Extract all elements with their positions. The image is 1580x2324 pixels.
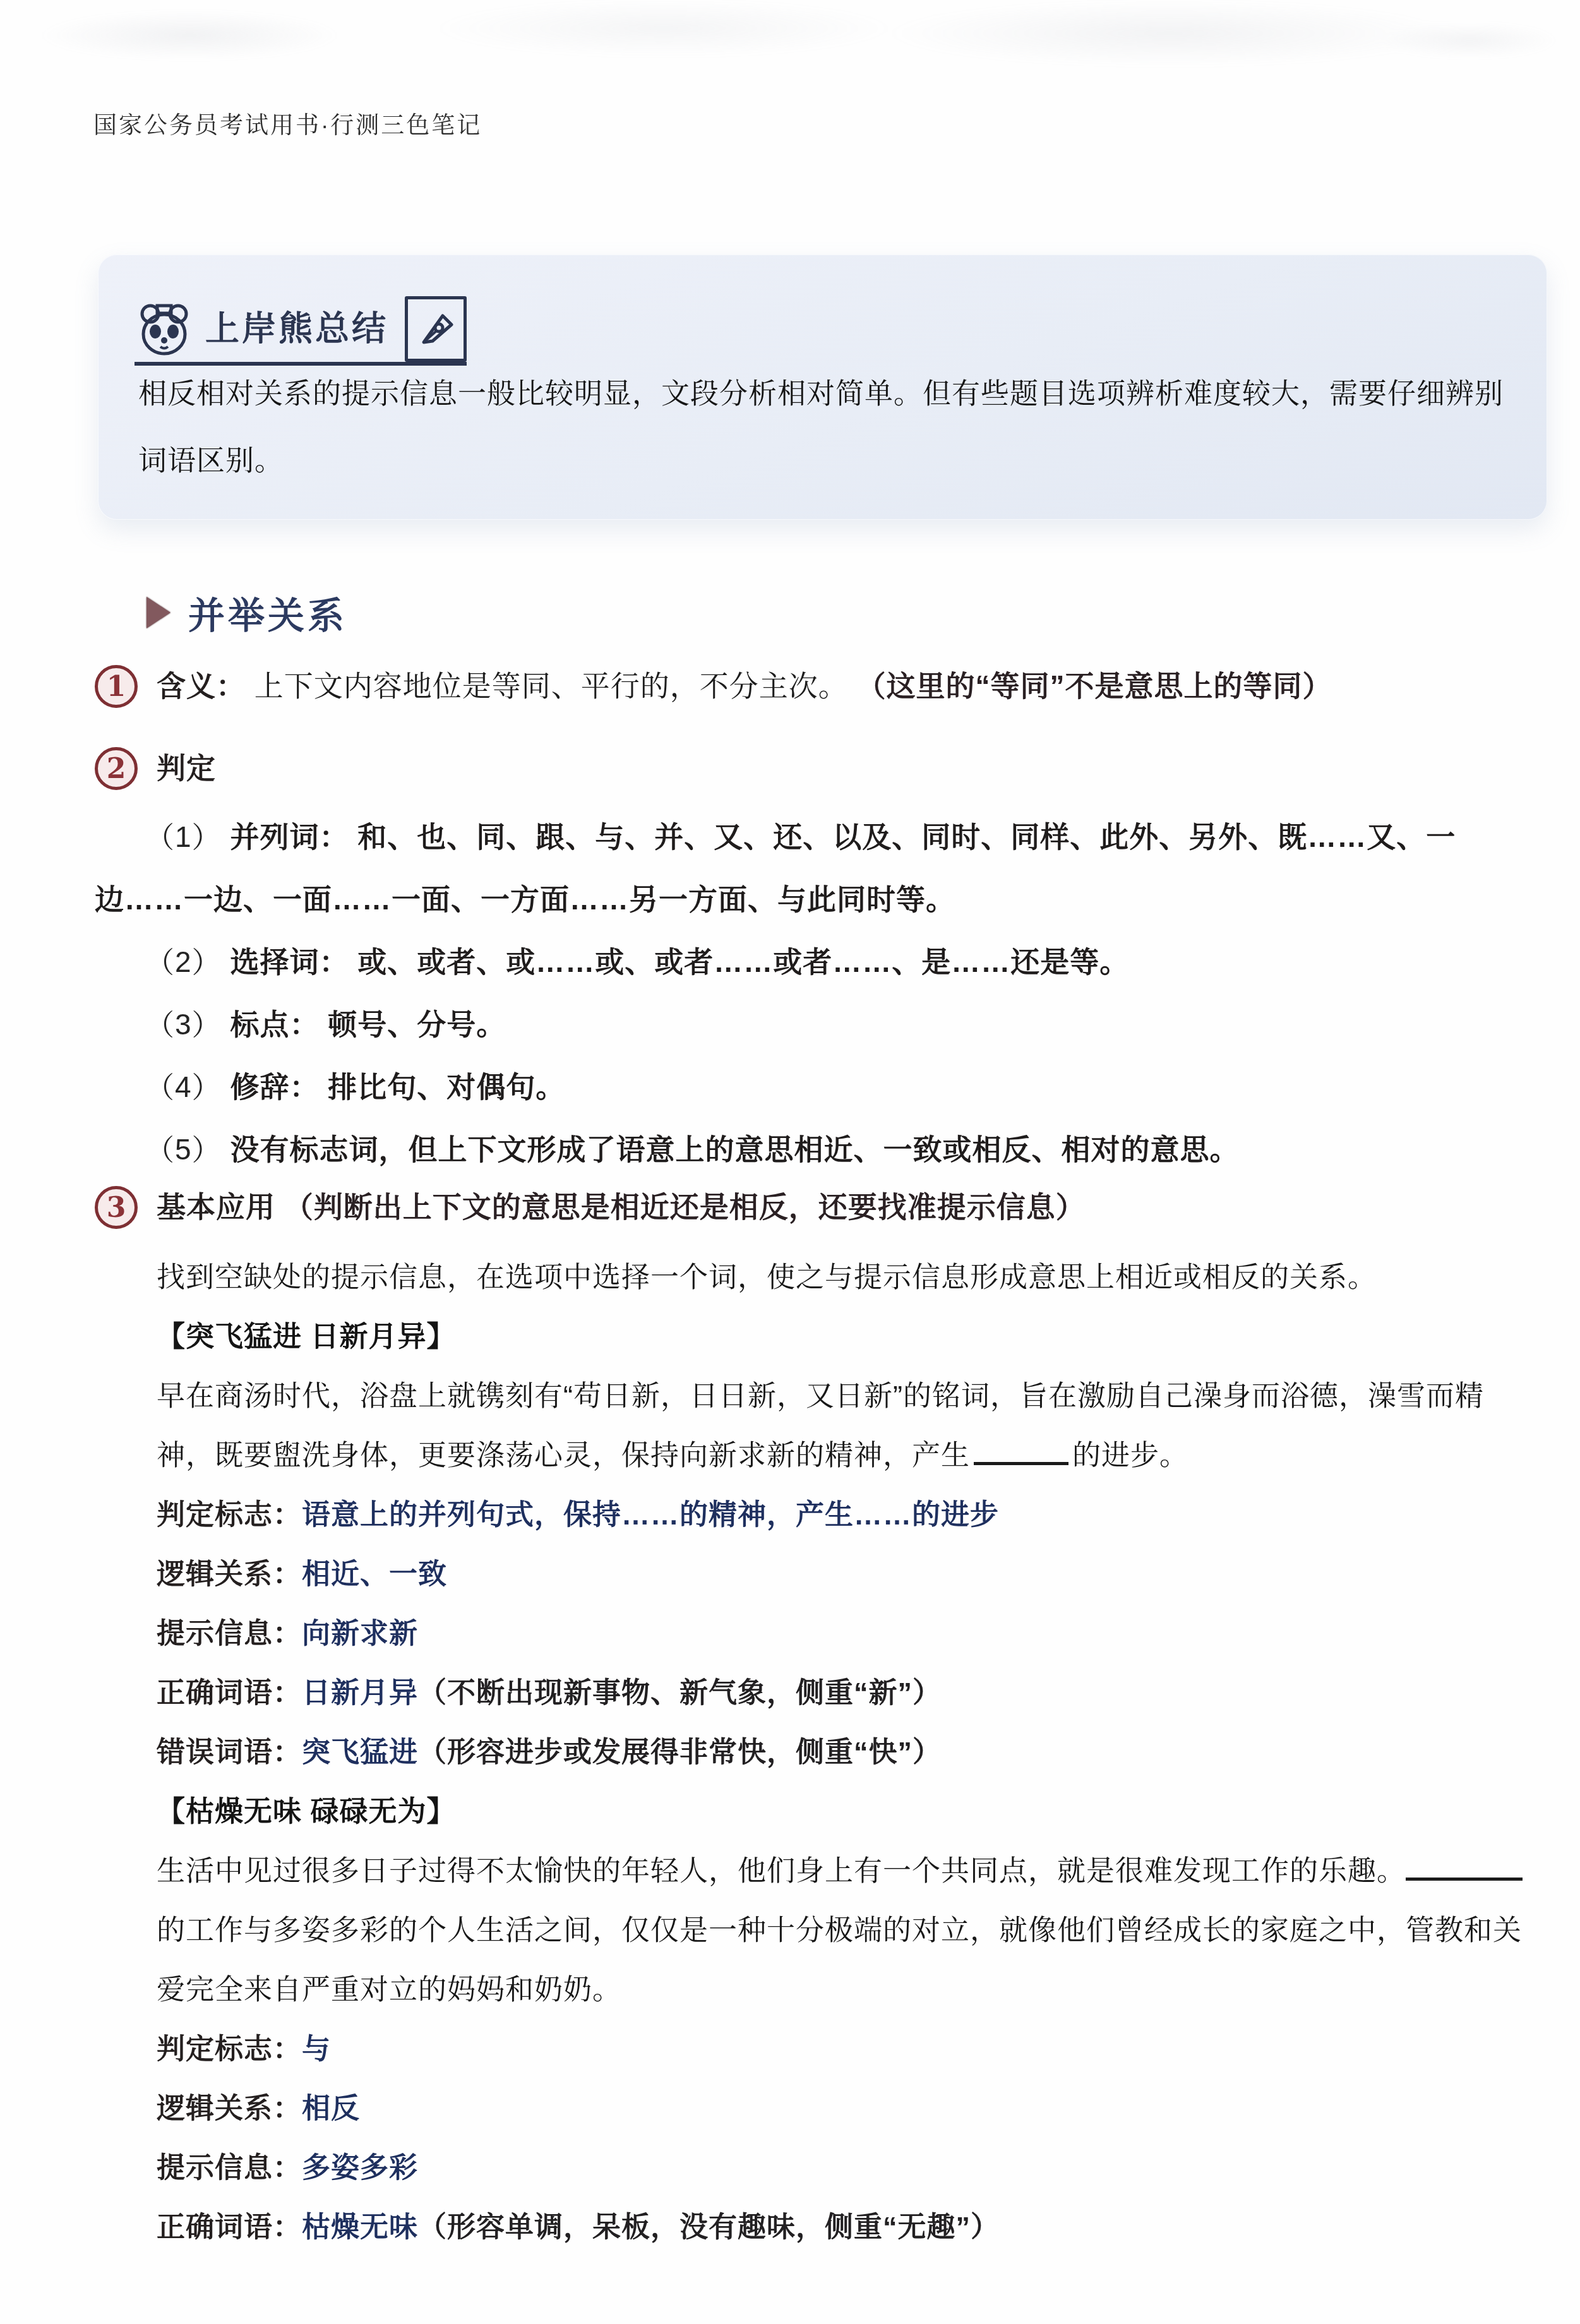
example2-row-3: 提示信息：多姿多彩 bbox=[157, 2138, 1527, 2198]
summary-box-title: 上岸熊总结 bbox=[205, 302, 388, 350]
item3-note: （判断出上下文的意思是相近还是相反，还要找准提示信息） bbox=[284, 1190, 1086, 1223]
sublist-item-2-prefix: （2） bbox=[145, 945, 222, 978]
example2-passage-after: 的工作与多姿多彩的个人生活之间，仅仅是一种十分极端的对立，就像他们曾经成长的家庭… bbox=[157, 1914, 1522, 2006]
row-label: 正确词语： bbox=[157, 1677, 302, 1709]
sublist-item-4-text: 排比句、对偶句。 bbox=[328, 1070, 565, 1103]
example1-passage-after: 的进步。 bbox=[1072, 1439, 1188, 1471]
section-title-text: 并举关系 bbox=[188, 586, 347, 639]
example1-header: 【突飞猛进 日新月异】 bbox=[157, 1307, 1527, 1367]
triangle-marker-icon bbox=[147, 597, 171, 628]
row-label: 逻辑关系： bbox=[157, 1558, 302, 1590]
example1-row-5: 错误词语：突飞猛进（形容进步或发展得非常快，侧重“快”） bbox=[157, 1723, 1527, 1782]
item-judgment: 2 判定 bbox=[95, 747, 216, 790]
page-header-title: 国家公务员考试用书·行测三色笔记 bbox=[93, 106, 482, 140]
row-label: 正确词语： bbox=[157, 2211, 302, 2243]
item2-text: 判定 bbox=[157, 747, 216, 789]
sublist-item-5-text: 没有标志词，但上下文形成了语意上的意思相近、一致或相反、相对的意思。 bbox=[230, 1133, 1239, 1166]
row-label: 错误词语： bbox=[157, 1736, 302, 1768]
example2-row-1: 判定标志：与 bbox=[157, 2020, 1527, 2079]
row-value: 语意上的并列句式，保持……的精神，产生……的进步 bbox=[302, 1499, 999, 1531]
example2-header: 【枯燥无味 碌碌无为】 bbox=[157, 1782, 1527, 1842]
row-value: 与 bbox=[302, 2033, 331, 2065]
example2-passage-before: 生活中见过很多日子过得不太愉快的年轻人，他们身上有一个共同点，就是很难发现工作的… bbox=[157, 1855, 1406, 1887]
row-value: 枯燥无味 bbox=[302, 2211, 418, 2243]
example1-row-1: 判定标志：语意上的并列句式，保持……的精神，产生……的进步 bbox=[157, 1485, 1527, 1545]
sublist-item-5-prefix: （5） bbox=[145, 1133, 222, 1166]
sublist-item-3-prefix: （3） bbox=[145, 1008, 222, 1041]
row-value: 多姿多彩 bbox=[302, 2152, 418, 2184]
row-label: 提示信息： bbox=[157, 2152, 302, 2184]
item-definition: 1 含义： 上下文内容地位是等同、平行的，不分主次。 （这里的“等同”不是意思上… bbox=[95, 665, 1553, 708]
judgment-sublist: （1） 并列词： 和、也、同、跟、与、并、又、还、以及、同时、同样、此外、另外、… bbox=[95, 806, 1535, 1181]
item1-label: 含义： bbox=[157, 669, 246, 702]
item1-note: （这里的“等同”不是意思上的等同） bbox=[857, 669, 1332, 702]
row-note: （形容单调，呆板，没有趣味，侧重“无趣”） bbox=[418, 2211, 1000, 2243]
row-value: 突飞猛进 bbox=[302, 1736, 418, 1768]
row-value: 相反 bbox=[302, 2092, 360, 2124]
example2-row-4: 正确词语：枯燥无味（形容单调，呆板，没有趣味，侧重“无趣”） bbox=[157, 2198, 1527, 2257]
circled-number-1: 1 bbox=[95, 665, 138, 708]
item1-body: 上下文内容地位是等同、平行的，不分主次。 bbox=[254, 669, 848, 702]
example1-passage-before: 早在商汤时代，浴盘上就镌刻有“苟日新，日日新，又日新”的铭词，旨在激励自己澡身而… bbox=[157, 1380, 1484, 1471]
sublist-item-1-label: 并列词： bbox=[230, 820, 349, 853]
bear-icon bbox=[135, 299, 194, 359]
circled-number-2: 2 bbox=[95, 747, 138, 790]
application-intro: 找到空缺处的提示信息，在选项中选择一个词，使之与提示信息形成意思上相近或相反的关… bbox=[157, 1248, 1527, 1307]
row-label: 提示信息： bbox=[157, 1617, 302, 1650]
document-page: 国家公务员考试用书·行测三色笔记 上岸熊总结 bbox=[0, 0, 1580, 2324]
row-note: （不断出现新事物、新气象，侧重“新”） bbox=[418, 1677, 942, 1709]
sublist-item-3-text: 顿号、分号。 bbox=[328, 1008, 506, 1041]
scan-artifact bbox=[0, 0, 1580, 101]
item1-text: 含义： 上下文内容地位是等同、平行的，不分主次。 （这里的“等同”不是意思上的等… bbox=[157, 665, 1332, 707]
sublist-item-3: （3） 标点： 顿号、分号。 bbox=[95, 993, 1535, 1056]
summary-text: 相反相对关系的提示信息一般比较明显，文段分析相对简单。但有些题目选项辨析难度较大… bbox=[138, 361, 1509, 494]
row-label: 判定标志： bbox=[157, 2033, 302, 2065]
summary-box: 上岸熊总结 相反相对关系的提示信息一般比较明显，文段分析相对简单。但有些题目选项… bbox=[98, 255, 1547, 520]
example1-row-2: 逻辑关系：相近、一致 bbox=[157, 1545, 1527, 1604]
sublist-item-4-label: 修辞： bbox=[230, 1070, 319, 1103]
row-label: 逻辑关系： bbox=[157, 2092, 302, 2124]
sublist-item-2-text: 或、或者、或……或、或者……或者……、是……还是等。 bbox=[357, 945, 1129, 978]
fill-in-blank bbox=[1406, 1854, 1523, 1881]
example1-row-4: 正确词语：日新月异（不断出现新事物、新气象，侧重“新”） bbox=[157, 1663, 1527, 1723]
section-title: 并举关系 bbox=[147, 586, 347, 639]
circled-number-3: 3 bbox=[95, 1186, 138, 1229]
sublist-item-4: （4） 修辞： 排比句、对偶句。 bbox=[95, 1056, 1535, 1118]
row-note: （形容进步或发展得非常快，侧重“快”） bbox=[418, 1736, 942, 1768]
row-value: 向新求新 bbox=[302, 1617, 418, 1650]
example1-passage: 早在商汤时代，浴盘上就镌刻有“苟日新，日日新，又日新”的铭词，旨在激励自己澡身而… bbox=[157, 1367, 1527, 1485]
sublist-item-1: （1） 并列词： 和、也、同、跟、与、并、又、还、以及、同时、同样、此外、另外、… bbox=[95, 806, 1535, 931]
row-value: 相近、一致 bbox=[302, 1558, 447, 1590]
sublist-item-4-prefix: （4） bbox=[145, 1070, 222, 1103]
row-label: 判定标志： bbox=[157, 1499, 302, 1531]
example1-row-3: 提示信息：向新求新 bbox=[157, 1604, 1527, 1663]
sublist-item-2: （2） 选择词： 或、或者、或……或、或者……或者……、是……还是等。 bbox=[95, 931, 1535, 993]
example2-row-2: 逻辑关系：相反 bbox=[157, 2079, 1527, 2138]
sublist-item-5: （5） 没有标志词，但上下文形成了语意上的意思相近、一致或相反、相对的意思。 bbox=[95, 1118, 1535, 1181]
application-content: 找到空缺处的提示信息，在选项中选择一个词，使之与提示信息形成意思上相近或相反的关… bbox=[157, 1248, 1527, 2257]
item2-label: 判定 bbox=[157, 752, 216, 784]
sublist-item-2-label: 选择词： bbox=[230, 945, 349, 978]
sublist-item-3-label: 标点： bbox=[230, 1008, 319, 1041]
item-application: 3 基本应用 （判断出上下文的意思是相近还是相反，还要找准提示信息） bbox=[95, 1186, 1553, 1229]
summary-box-header: 上岸熊总结 bbox=[135, 296, 467, 366]
item3-label: 基本应用 bbox=[157, 1190, 275, 1223]
row-value: 日新月异 bbox=[302, 1677, 418, 1709]
fill-in-blank bbox=[974, 1438, 1068, 1465]
item3-text: 基本应用 （判断出上下文的意思是相近还是相反，还要找准提示信息） bbox=[157, 1186, 1086, 1228]
example2-passage: 生活中见过很多日子过得不太愉快的年轻人，他们身上有一个共同点，就是很难发现工作的… bbox=[157, 1842, 1527, 2020]
pen-nib-icon bbox=[405, 296, 467, 362]
sublist-item-1-prefix: （1） bbox=[145, 820, 222, 853]
